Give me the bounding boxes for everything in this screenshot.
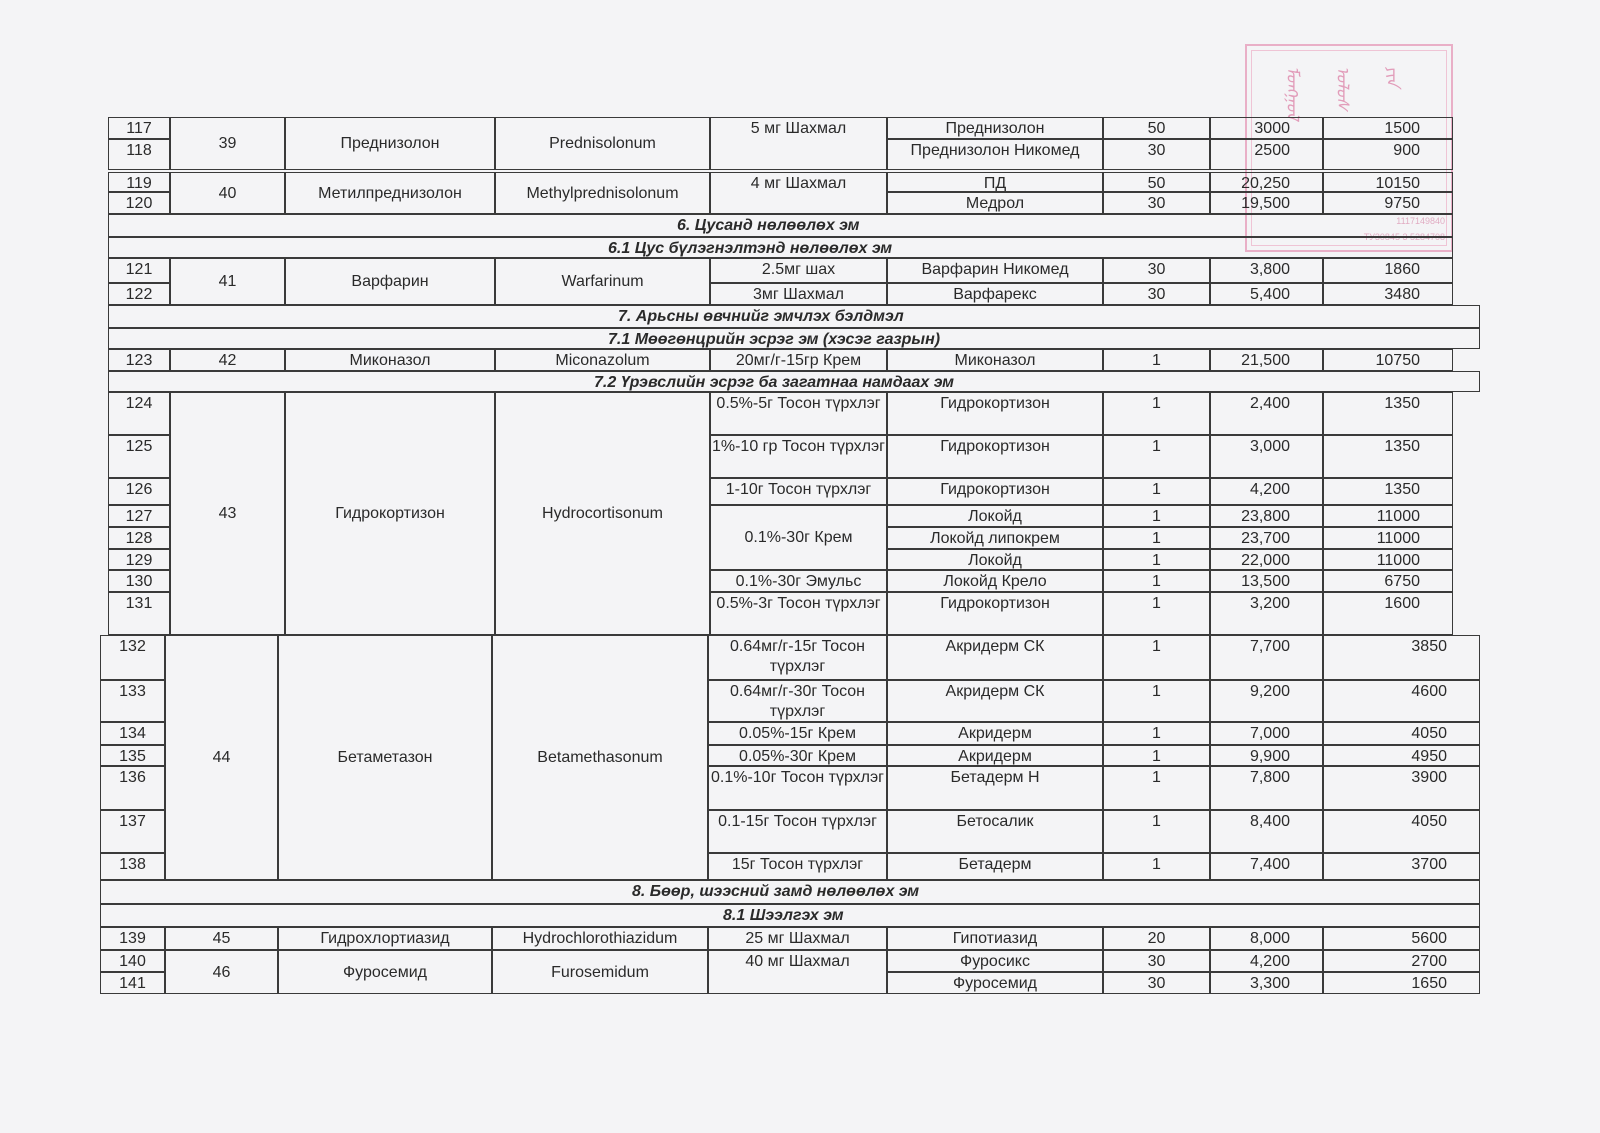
reimbursement-amount: 1860 [1323, 258, 1453, 283]
group-number: 41 [170, 258, 285, 305]
brand-name: Варфарекс [887, 283, 1103, 305]
retail-price: 3000 [1210, 117, 1323, 139]
section-heading-text: 8.1 Шээлгэх эм [723, 906, 844, 926]
row-number: 135 [100, 745, 165, 766]
dosage-form: 0.1-15г Тосон түрхлэг [708, 810, 887, 853]
reimbursement-amount: 3480 [1323, 283, 1453, 305]
reimbursement-amount: 3900 [1323, 766, 1480, 810]
pack-quantity: 30 [1103, 283, 1210, 305]
generic-name-mn: Бетаметазон [278, 635, 492, 880]
dosage-form: 5 мг Шахмал [710, 117, 887, 170]
row-number: 126 [108, 478, 170, 505]
row-number: 133 [100, 680, 165, 722]
pack-quantity: 1 [1103, 505, 1210, 527]
retail-price: 22,000 [1210, 549, 1323, 570]
group-number: 46 [165, 950, 278, 994]
section-heading: 8. Бөөр, шээсний замд нөлөөлөх эм [100, 880, 1480, 904]
section-heading-text: 6. Цусанд нөлөөлөх эм [677, 216, 859, 236]
generic-name-mn: Варфарин [285, 258, 495, 305]
brand-name: Бетадерм Н [887, 766, 1103, 810]
section-heading: 6.1 Цус бүлэгнэлтэнд нөлөөлөх эм [108, 237, 1453, 258]
reimbursement-amount: 1650 [1323, 972, 1480, 994]
brand-name: Преднизолон Никомед [887, 139, 1103, 170]
retail-price: 4,200 [1210, 478, 1323, 505]
brand-name: Бетосалик [887, 810, 1103, 853]
retail-price: 3,000 [1210, 435, 1323, 478]
dosage-form: 2.5мг шах [710, 258, 887, 283]
retail-price: 8,000 [1210, 927, 1323, 950]
pack-quantity: 1 [1103, 392, 1210, 435]
dosage-form: 40 мг Шахмал [708, 950, 887, 994]
brand-name: Варфарин Никомед [887, 258, 1103, 283]
pack-quantity: 1 [1103, 527, 1210, 549]
brand-name: Акридерм [887, 745, 1103, 766]
retail-price: 8,400 [1210, 810, 1323, 853]
brand-name: Гидрокортизон [887, 592, 1103, 635]
dosage-form: 0.05%-15г Крем [708, 722, 887, 745]
pack-quantity: 1 [1103, 745, 1210, 766]
brand-name: Бетадерм [887, 853, 1103, 880]
section-heading-text: 7.1 Мөөгөнцрийн эсрэг эм (хэсэг газрын) [608, 330, 940, 349]
dosage-form: 0.1%-30г Крем [710, 505, 887, 570]
generic-name-latin: Miconazolum [495, 349, 710, 371]
reimbursement-amount: 3850 [1323, 635, 1480, 680]
brand-name: Миконазол [887, 349, 1103, 371]
brand-name: Гидрокортизон [887, 435, 1103, 478]
pack-quantity: 30 [1103, 192, 1210, 214]
generic-name-latin: Hydrocortisonum [495, 392, 710, 635]
group-number: 40 [170, 172, 285, 214]
dosage-form: 0.5%-5г Тосон түрхлэг [710, 392, 887, 435]
row-number: 137 [100, 810, 165, 853]
brand-name: Гидрокортизон [887, 392, 1103, 435]
reimbursement-amount: 2700 [1323, 950, 1480, 972]
retail-price: 9,900 [1210, 745, 1323, 766]
group-number: 42 [170, 349, 285, 371]
generic-name-latin: Methylprednisolonum [495, 172, 710, 214]
generic-name-mn: Гидрокортизон [285, 392, 495, 635]
brand-name: Локойд липокрем [887, 527, 1103, 549]
pack-quantity: 1 [1103, 810, 1210, 853]
dosage-form: 4 мг Шахмал [710, 172, 887, 214]
section-heading: 6. Цусанд нөлөөлөх эм [108, 214, 1453, 237]
row-number: 120 [108, 192, 170, 214]
pack-quantity: 50 [1103, 117, 1210, 139]
pack-quantity: 30 [1103, 139, 1210, 170]
row-number: 134 [100, 722, 165, 745]
row-number: 130 [108, 570, 170, 592]
row-number: 138 [100, 853, 165, 880]
reimbursement-amount: 900 [1323, 139, 1453, 170]
reimbursement-amount: 1600 [1323, 592, 1453, 635]
row-number: 140 [100, 950, 165, 972]
pack-quantity: 1 [1103, 570, 1210, 592]
group-number: 43 [170, 392, 285, 635]
reimbursement-amount: 11000 [1323, 505, 1453, 527]
reimbursement-amount: 1350 [1323, 435, 1453, 478]
row-number: 141 [100, 972, 165, 994]
pack-quantity: 1 [1103, 680, 1210, 722]
brand-name: Локойд Крело [887, 570, 1103, 592]
section-heading-text: 7. Арьсны өвчнийг эмчлэх бэлдмэл [618, 307, 904, 327]
row-number: 129 [108, 549, 170, 570]
retail-price: 5,400 [1210, 283, 1323, 305]
retail-price: 21,500 [1210, 349, 1323, 371]
section-heading-text: 7.2 Үрэвслийн эсрэг ба загатнаа намдаах … [594, 373, 954, 392]
reimbursement-amount: 5600 [1323, 927, 1480, 950]
brand-name: Локойд [887, 549, 1103, 570]
pack-quantity: 1 [1103, 435, 1210, 478]
section-heading: 7. Арьсны өвчнийг эмчлэх бэлдмэл [108, 305, 1480, 328]
row-number: 119 [108, 172, 170, 192]
dosage-form: 0.5%-3г Тосон түрхлэг [710, 592, 887, 635]
generic-name-latin: Prednisolonum [495, 117, 710, 170]
row-number: 125 [108, 435, 170, 478]
pack-quantity: 1 [1103, 853, 1210, 880]
dosage-form: 0.1%-10г Тосон түрхлэг [708, 766, 887, 810]
reimbursement-amount: 4050 [1323, 810, 1480, 853]
brand-name: Преднизолон [887, 117, 1103, 139]
brand-name: ПД [887, 172, 1103, 192]
row-number: 118 [108, 139, 170, 170]
pack-quantity: 1 [1103, 635, 1210, 680]
retail-price: 2500 [1210, 139, 1323, 170]
retail-price: 7,000 [1210, 722, 1323, 745]
brand-name: Акридерм СК [887, 635, 1103, 680]
reimbursement-amount: 11000 [1323, 549, 1453, 570]
dosage-form: 0.64мг/г-30г Тосон түрхлэг [708, 680, 887, 722]
row-number: 122 [108, 283, 170, 305]
retail-price: 13,500 [1210, 570, 1323, 592]
dosage-form: 1-10г Тосон түрхлэг [710, 478, 887, 505]
row-number: 123 [108, 349, 170, 371]
row-number: 139 [100, 927, 165, 950]
retail-price: 7,400 [1210, 853, 1323, 880]
generic-name-latin: Warfarinum [495, 258, 710, 305]
retail-price: 7,700 [1210, 635, 1323, 680]
pack-quantity: 50 [1103, 172, 1210, 192]
group-number: 39 [170, 117, 285, 170]
pack-quantity: 1 [1103, 766, 1210, 810]
dosage-form: 0.64мг/г-15г Тосон түрхлэг [708, 635, 887, 680]
dosage-form: 0.1%-30г Эмульс [710, 570, 887, 592]
generic-name-mn: Миконазол [285, 349, 495, 371]
row-number: 124 [108, 392, 170, 435]
reimbursement-amount: 4950 [1323, 745, 1480, 766]
reimbursement-amount: 6750 [1323, 570, 1453, 592]
brand-name: Акридерм [887, 722, 1103, 745]
brand-name: Медрол [887, 192, 1103, 214]
retail-price: 20,250 [1210, 172, 1323, 192]
section-heading: 8.1 Шээлгэх эм [100, 904, 1480, 927]
retail-price: 7,800 [1210, 766, 1323, 810]
generic-name-latin: Betamethasonum [492, 635, 708, 880]
pack-quantity: 1 [1103, 722, 1210, 745]
dosage-form: 20мг/г-15гр Крем [710, 349, 887, 371]
row-number: 131 [108, 592, 170, 635]
reimbursement-amount: 10750 [1323, 349, 1453, 371]
retail-price: 3,200 [1210, 592, 1323, 635]
row-number: 128 [108, 527, 170, 549]
section-heading: 7.2 Үрэвслийн эсрэг ба загатнаа намдаах … [108, 371, 1480, 392]
retail-price: 23,800 [1210, 505, 1323, 527]
row-number: 121 [108, 258, 170, 283]
section-heading: 7.1 Мөөгөнцрийн эсрэг эм (хэсэг газрын) [108, 328, 1480, 349]
pack-quantity: 30 [1103, 258, 1210, 283]
retail-price: 2,400 [1210, 392, 1323, 435]
dosage-form: 0.05%-30г Крем [708, 745, 887, 766]
retail-price: 23,700 [1210, 527, 1323, 549]
row-number: 132 [100, 635, 165, 680]
retail-price: 4,200 [1210, 950, 1323, 972]
reimbursement-amount: 4600 [1323, 680, 1480, 722]
generic-name-mn: Фуросемид [278, 950, 492, 994]
retail-price: 9,200 [1210, 680, 1323, 722]
generic-name-mn: Гидрохлортиазид [278, 927, 492, 950]
section-heading-text: 6.1 Цус бүлэгнэлтэнд нөлөөлөх эм [608, 239, 892, 258]
retail-price: 3,300 [1210, 972, 1323, 994]
brand-name: Фуросемид [887, 972, 1103, 994]
reimbursement-amount: 1350 [1323, 392, 1453, 435]
brand-name: Гипотиазид [887, 927, 1103, 950]
pack-quantity: 30 [1103, 950, 1210, 972]
reimbursement-amount: 3700 [1323, 853, 1480, 880]
generic-name-mn: Преднизолон [285, 117, 495, 170]
document-page: ᠮᠣᠩᠭᠣᠯ ᠤᠯᠤᠰ ᠶᠢᠨ 1117149840 ТУ30845 3 528… [0, 0, 1600, 1133]
brand-name: Фуросикс [887, 950, 1103, 972]
retail-price: 3,800 [1210, 258, 1323, 283]
reimbursement-amount: 1500 [1323, 117, 1453, 139]
pack-quantity: 1 [1103, 549, 1210, 570]
group-number: 45 [165, 927, 278, 950]
pack-quantity: 1 [1103, 349, 1210, 371]
dosage-form: 3мг Шахмал [710, 283, 887, 305]
reimbursement-amount: 9750 [1323, 192, 1453, 214]
generic-name-latin: Hydrochlorothiazidum [492, 927, 708, 950]
pack-quantity: 1 [1103, 592, 1210, 635]
pack-quantity: 20 [1103, 927, 1210, 950]
brand-name: Локойд [887, 505, 1103, 527]
dosage-form: 25 мг Шахмал [708, 927, 887, 950]
generic-name-mn: Метилпреднизолон [285, 172, 495, 214]
reimbursement-amount: 10150 [1323, 172, 1453, 192]
dosage-form: 15г Тосон түрхлэг [708, 853, 887, 880]
row-number: 136 [100, 766, 165, 810]
brand-name: Акридерм СК [887, 680, 1103, 722]
brand-name: Гидрокортизон [887, 478, 1103, 505]
section-heading-text: 8. Бөөр, шээсний замд нөлөөлөх эм [632, 882, 919, 902]
pack-quantity: 30 [1103, 972, 1210, 994]
reimbursement-amount: 1350 [1323, 478, 1453, 505]
retail-price: 19,500 [1210, 192, 1323, 214]
row-number: 117 [108, 117, 170, 139]
group-number: 44 [165, 635, 278, 880]
reimbursement-amount: 11000 [1323, 527, 1453, 549]
generic-name-latin: Furosemidum [492, 950, 708, 994]
pack-quantity: 1 [1103, 478, 1210, 505]
dosage-form: 1%-10 гр Тосон түрхлэг [710, 435, 887, 478]
reimbursement-amount: 4050 [1323, 722, 1480, 745]
row-number: 127 [108, 505, 170, 527]
